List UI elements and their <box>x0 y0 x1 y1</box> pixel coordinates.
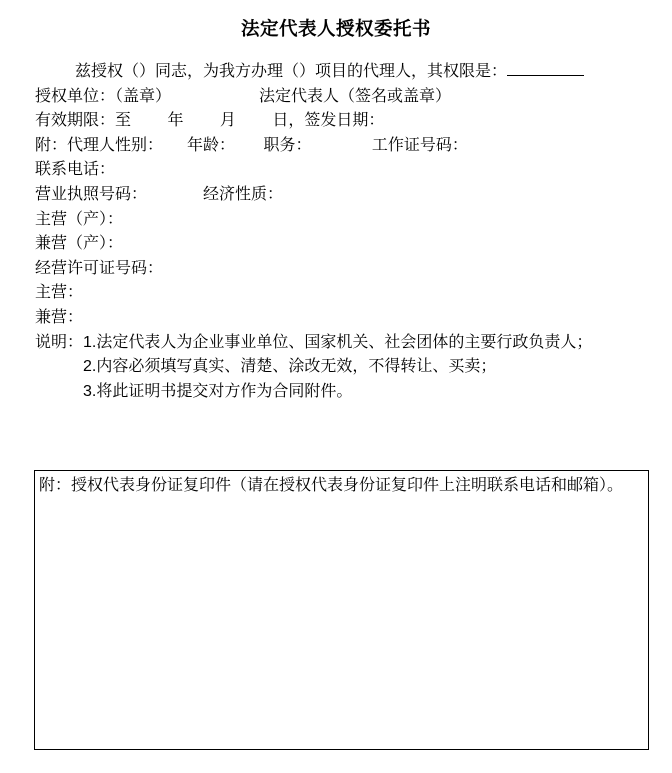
attachment-note: 附：授权代表身份证复印件（请在授权代表身份证复印件上注明联系电话和邮箱）。 <box>35 471 648 497</box>
attachment-box: 附：授权代表身份证复印件（请在授权代表身份证复印件上注明联系电话和邮箱）。 <box>34 470 649 750</box>
line-business-license: 营业执照号码： 经济性质： <box>35 183 647 208</box>
line-main-business-product: 主营（产）： <box>35 208 647 233</box>
line-validity-period: 有效期限：至 年 月 日，签发日期： <box>35 109 647 134</box>
authorize-text: 兹授权（）同志，为我方办理（）项目的代理人，其权限是： <box>75 63 507 80</box>
document-body: 兹授权（）同志，为我方办理（）项目的代理人，其权限是： 授权单位：（盖章） 法定… <box>35 60 647 404</box>
line-main-business: 主营： <box>35 281 647 306</box>
notes-item-3: 3.将此证明书提交对方作为合同附件。 <box>35 380 647 405</box>
document-page: 法定代表人授权委托书 兹授权（）同志，为我方办理（）项目的代理人，其权限是： 授… <box>0 0 672 773</box>
authority-blank-underline <box>507 60 584 76</box>
line-business-permit-number: 经营许可证号码： <box>35 257 647 282</box>
line-side-business-product: 兼营（产）： <box>35 232 647 257</box>
notes-label: 说明： <box>35 334 83 351</box>
notes-line-1: 说明：1.法定代表人为企业事业单位、国家机关、社会团体的主要行政负责人； <box>35 331 647 356</box>
document-title: 法定代表人授权委托书 <box>0 15 672 41</box>
line-unit-and-representative: 授权单位：（盖章） 法定代表人（签名或盖章） <box>35 85 647 110</box>
line-agent-info: 附：代理人性别： 年龄： 职务： 工作证号码： <box>35 134 647 159</box>
authorize-line: 兹授权（）同志，为我方办理（）项目的代理人，其权限是： <box>35 60 647 85</box>
line-side-business: 兼营： <box>35 306 647 331</box>
notes-item-2: 2.内容必须填写真实、清楚、涂改无效，不得转让、买卖； <box>35 355 647 380</box>
notes-item-1: 1.法定代表人为企业事业单位、国家机关、社会团体的主要行政负责人； <box>83 334 592 351</box>
line-contact-phone: 联系电话： <box>35 158 647 183</box>
